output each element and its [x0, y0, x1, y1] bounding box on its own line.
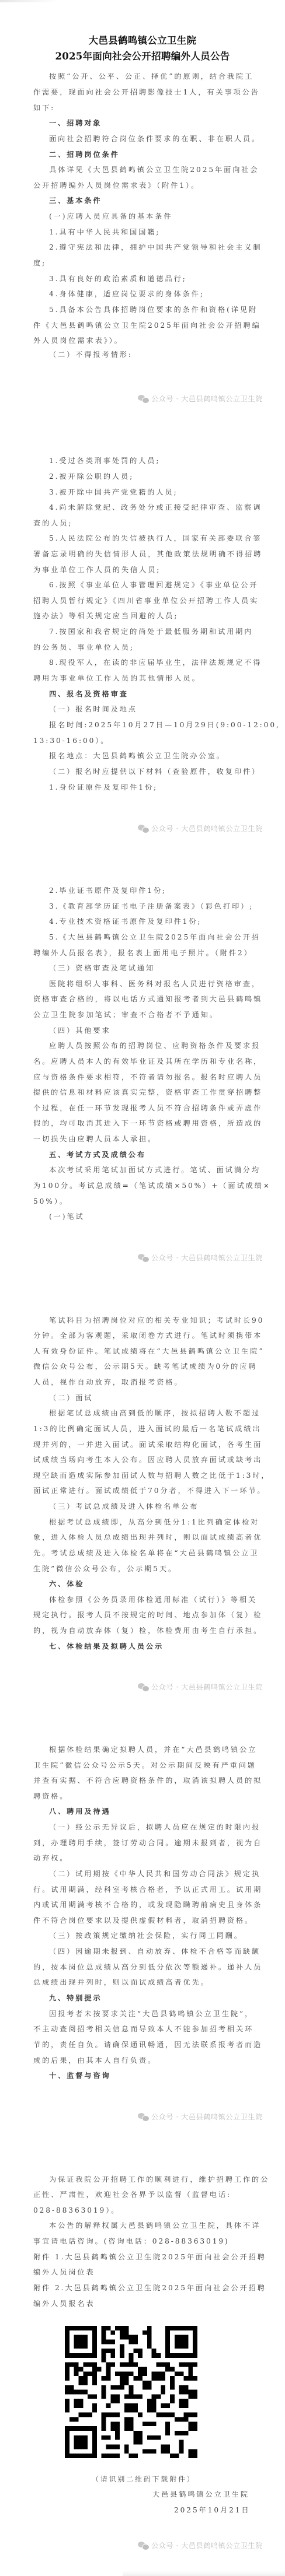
- wechat-watermark: 公众号 · 大邑县鹤鸣镇公立卫生院: [138, 1682, 263, 1692]
- section-heading: 六、体检: [49, 1579, 84, 1589]
- text-line: 4.尚未解除党纪、政务处分或正接受纪律审查、监察调: [49, 502, 262, 512]
- text-line: 如下:: [33, 103, 55, 113]
- text-line: 6.按照《事业单位人事管理回避规定》《事业单位公开: [49, 580, 258, 590]
- watermark-text: 公众号 · 大邑县鹤鸣镇公立卫生院: [151, 1683, 263, 1691]
- wechat-icon: [138, 2542, 149, 2549]
- watermark-text: 公众号 · 大邑县鹤鸣镇公立卫生院: [151, 395, 263, 403]
- text-line: 报名地点：大邑县鹤鸣镇公立卫生院办公室。: [49, 751, 225, 760]
- wechat-icon: [138, 1683, 149, 1691]
- qr-code-image[interactable]: [65, 2326, 197, 2458]
- wechat-watermark: 公众号 · 大邑县鹤鸣镇公立卫生院: [138, 2540, 263, 2550]
- section-heading: 五、考试方式及成绩公布: [49, 1149, 146, 1159]
- text-line: 人有效身份证件。笔试成绩将在“大邑县鹤鸣镇公立卫生院”: [33, 1346, 264, 1356]
- top-edge-shadow: [0, 0, 58, 2]
- text-line: 卫生院”微信公众号公示5天。对公示期间反映有严重问题: [33, 1760, 256, 1770]
- text-line: 028-88363019）。: [33, 2205, 120, 2215]
- text-line: （四）因逾期未报到、自动放弃、体检不合格等而缺额: [49, 1946, 260, 1956]
- text-line: 总成绩出现并列时，则以面试成绩高者优先。: [33, 1977, 210, 1987]
- text-line: 体检参照《公务员录用体检通用标准（试行）》等相关: [49, 1594, 257, 1604]
- section-heading: 七、体检结果及拟聘人员公示: [49, 1641, 164, 1651]
- text-line: 面试正常进行。面试成绩低于70分者，不得进入下一环节。: [33, 1485, 266, 1495]
- text-line: 因报考者未按要求关注“大邑县鹤鸣镇公立卫生院”，: [49, 2009, 253, 2018]
- text-line: 为事业单位工作人员的失信人员;: [33, 565, 161, 574]
- text-line: 应与资格条件要求相符，不符者请勿报名。报名时应聘人员: [33, 1072, 262, 1082]
- signature-organization: 大邑县鹤鸣镇公立卫生院: [152, 2489, 249, 2499]
- text-line: 现并列的，一并进入面试。面试采取结构化面试，各考生面: [33, 1439, 262, 1449]
- text-line: （二）试用期按《中华人民共和国劳动合同法》规定执: [49, 1869, 260, 1878]
- text-line: 编外人员岗位表: [33, 2267, 95, 2277]
- text-line: （三）资格审查及笔试通知: [49, 963, 155, 973]
- text-line: 2.被开除公职的人员;: [49, 471, 134, 481]
- text-line: 象，进入体检人员总成绩出现并列时，则以面试成绩高者优: [33, 1532, 262, 1542]
- text-line: 聘用为事业单位工作人员的其他情形人员。: [33, 673, 201, 683]
- text-line: 内或试用期满考核不合格的，或发现隐瞒聘前病史且身体条: [33, 1899, 262, 1909]
- watermark-text: 公众号 · 大邑县鹤鸣镇公立卫生院: [151, 1254, 263, 1262]
- text-line: 5.人民法院公布的失信被执行人，国家有关部委联合签: [49, 533, 262, 543]
- wechat-watermark: 公众号 · 大邑县鹤鸣镇公立卫生院: [138, 1253, 263, 1263]
- text-line: 5.具备本公告具体招聘岗位要求的条件和资格(详见附: [49, 304, 258, 314]
- text-line: 的，视为自动放弃体（复）检，体检费用由考生自行承担。: [33, 1625, 262, 1635]
- text-line: （一）经公示无异议后，拟聘人员应在规定的时限内报: [49, 1822, 260, 1832]
- watermark-text: 公众号 · 大邑县鹤鸣镇公立卫生院: [151, 2542, 263, 2550]
- text-line: 公立卫生院参加笔试；审查不合格者不予通知。: [33, 1010, 218, 1019]
- text-line: 的公务员、事业单位人员;: [33, 642, 134, 652]
- text-line: 为保证我院公开招聘工作的顺利进行，维护招聘工作的公: [49, 2174, 269, 2184]
- wechat-watermark: 公众号 · 大邑县鹤鸣镇公立卫生院: [138, 2112, 263, 2122]
- text-line: 3.被开除中国共产党党籍的人员;: [49, 487, 178, 497]
- text-line: 查的人员;: [33, 518, 72, 528]
- wechat-icon: [138, 1254, 149, 1261]
- text-line: 根据体检结果确定拟聘人员，并在“大邑县鹤鸣镇公立: [49, 1744, 257, 1754]
- text-line: 聘编外人员报名表》，报名表上面用电子照片。（附件2）: [33, 948, 253, 958]
- text-line: 公开招聘编外人员岗位需求表》（附件1）。: [33, 180, 200, 190]
- text-line: 笔试科目为招聘岗位对应的相关专业知识；考试时长90: [49, 1315, 264, 1325]
- text-line: 度;: [33, 258, 46, 268]
- wechat-watermark: 公众号 · 大邑县鹤鸣镇公立卫生院: [138, 394, 263, 404]
- wechat-icon: [138, 2113, 149, 2121]
- text-line: 4.专业技术资格证书原件及复印件1份;: [49, 916, 201, 926]
- text-line: 不主动查阅招考相关信息而导致本人不能参加招考相关环: [33, 2024, 253, 2034]
- text-line: 生院”微信公众号公布，公示期5天。: [33, 1564, 177, 1573]
- qr-caption: （请识别二维码下载附件）: [92, 2474, 196, 2484]
- text-line: 并查有实据、不符合应聘资格条件的，取消该拟聘人员的拟: [33, 1775, 262, 1785]
- text-line: 1:3的比例确定面试人员，进入面试的最后一名笔试成绩出: [33, 1424, 261, 1434]
- section-heading: 四、报名及资格审查: [49, 689, 128, 699]
- watermark-text: 公众号 · 大邑县鹤鸣镇公立卫生院: [151, 2113, 263, 2121]
- text-line: 先。考试总成绩及进入体检名单将在“大邑县鹤鸣镇公立卫: [33, 1548, 259, 1558]
- text-line: 应聘人员按照公布的招聘岗位、应聘资格条件及要求报: [49, 1040, 260, 1050]
- text-line: 2.毕业证书原件及复印件1份;: [49, 885, 166, 895]
- text-line: （二）报名时应提供以下材料（查验原件，收复印件）: [49, 766, 260, 776]
- text-line: 1.受过各类刑事处罚的人员;: [49, 455, 160, 465]
- text-line: 聘资格。: [33, 1791, 68, 1801]
- text-line: 面向社会招聘符合岗位条件要求的在职、非在职人员。: [49, 134, 260, 143]
- text-line: 8.现役军人，在读的非应届毕业生，法律法规规定不得: [49, 657, 262, 667]
- text-line: 到，办理聘用手续，签订劳动合同。逾期未报到者，视为自: [33, 1838, 262, 1848]
- text-line: 个过程，在任一环节发现报考人员不符合招聘条件或弄虚作: [33, 1103, 262, 1113]
- text-line: （二）不得报考情形:: [49, 349, 133, 359]
- wechat-watermark: 公众号 · 大邑县鹤鸣镇公立卫生院: [138, 823, 263, 833]
- document-title-line1: 大邑县鹤鸣镇公立卫生院: [0, 33, 285, 47]
- text-line: （二）面试: [49, 1393, 93, 1403]
- wechat-icon: [138, 825, 149, 832]
- text-line: （三）按政策规定缴纳社会保险，实行同工同酬。: [49, 1930, 243, 1940]
- text-line: 一切损失由应聘人员本人承担。: [33, 1134, 157, 1144]
- text-line: 3.《教育部学历证书电子注册备案表》（彩色打印）;: [49, 901, 253, 911]
- text-line: 报名时间:2025年10月27日—10月29日(9:00-12:00,: [49, 720, 280, 730]
- text-line: 1.具有中华人民共和国国籍;: [49, 227, 160, 237]
- section-heading: 三、基本条件: [49, 195, 102, 205]
- text-line: 医院将组织人事科、医务科对报名人员进行资格审查，: [49, 979, 260, 989]
- bottom-edge-shadow: [123, 2571, 285, 2576]
- text-line: 成的后果，由其本人自行负责。: [33, 2055, 157, 2065]
- text-line: 附件 2.大邑县鹤鸣镇公立卫生院2025年面向社会公开招聘: [33, 2283, 266, 2293]
- text-line: 按照“公开、公平、公正、择优”的原则，结合我院工: [49, 71, 253, 81]
- text-line: 外人员岗位需求表》）。: [33, 335, 123, 345]
- text-line: 本次考试采用笔试加面试方式进行。笔试、面试满分均: [49, 1165, 260, 1175]
- text-line: 本公告的解释权属大邑县鹤鸣镇公立卫生院，具体不详: [49, 2220, 260, 2230]
- text-line: 提供的信息和材料应该真实完整，资格审查工作贯穿招聘整: [33, 1087, 262, 1097]
- text-line: 行。试用期满，经科室考核合格者，予以正式用工。试用期: [33, 1884, 262, 1894]
- text-line: 附件 1.大邑县鹤鸣镇公立卫生院2025年面向社会公开招聘: [33, 2252, 266, 2262]
- section-heading: 二、招聘岗位条件: [49, 149, 120, 159]
- text-line: 署备忘录明确的失信情形人员，其他政策法规明确不得招聘: [33, 549, 262, 559]
- watermark-text: 公众号 · 大邑县鹤鸣镇公立卫生院: [151, 825, 263, 833]
- text-line: 件《大邑县鹤鸣镇公立卫生院2025年面向社会公开招聘编: [33, 320, 261, 330]
- text-line: 事宜请电话咨询。(咨询电话：028-88363019): [33, 2236, 230, 2246]
- text-line: 编外人员报名表: [33, 2298, 95, 2308]
- text-line: 5.《大邑县鹤鸣镇公立卫生院2025年面向社会公开招: [49, 932, 260, 942]
- text-line: 规定执行。报考人员不按规定的时间、地点参加体（复）检: [33, 1610, 262, 1620]
- text-line: 名。应聘人员本人的有效毕业证及其所在学历和专业名称，: [33, 1056, 262, 1066]
- text-line: 7.按国家和我省规定的尚处于最低服务期和试用期内: [49, 626, 253, 636]
- text-line: 件不符合岗位要求以及提供虚假材料者，取消招聘资格。: [33, 1915, 253, 1925]
- section-heading: 八、聘用及待遇: [49, 1806, 111, 1816]
- text-line: (一)应聘人员应具备的基本条件: [49, 211, 172, 221]
- text-line: 招聘人员暂行规定》《四川省事业单位公开招聘工作人员实: [33, 595, 259, 605]
- text-line: 现空缺而造成实际参加面试人数与招聘人数之比低于1:3时，: [33, 1470, 270, 1480]
- section-heading: 十、监督与咨询: [49, 2070, 111, 2080]
- text-line: 微信公众号公布，公示期5天。缺考笔试成绩为0分的应聘: [33, 1361, 257, 1371]
- section-heading: 一、招聘对象: [49, 118, 102, 128]
- text-line: 正性、严肃性，欢迎社会各界予以监督（监督电话:: [33, 2189, 231, 2199]
- text-line: 2.遵守宪法和法律，拥护中国共产党领导和社会主义制: [49, 242, 262, 252]
- text-line: 4.身体健康，适应岗位要求的身体条件;: [49, 289, 204, 299]
- signature-date: 2025年10月21日: [174, 2505, 251, 2515]
- text-line: 施办法》等相关规定应当回避的人员;: [33, 611, 178, 621]
- text-line: 分钟。全部为客观题，采取闭卷方式进行。笔试时须携带本: [33, 1330, 262, 1340]
- section-heading: 九、特别提示: [49, 1993, 102, 2003]
- text-line: 资格审查合格的，将以电话方式通知报考者到大邑县鹤鸣镇: [33, 994, 262, 1004]
- wechat-icon: [138, 395, 149, 402]
- text-line: 3.具有良好的政治素质和道德品行;: [49, 274, 187, 283]
- text-line: 作需要，现面向社会公开招聘影像技士1人，有关事项公告: [33, 87, 260, 97]
- text-line: 具体详见《大邑县鹤鸣镇公立卫生院2025年面向社会: [49, 164, 259, 174]
- text-line: 13:30-16:00）。: [33, 735, 109, 745]
- text-line: (一)笔试: [49, 1211, 85, 1221]
- text-line: （四）其他要求: [49, 1025, 111, 1035]
- text-line: 假的，均可取消其进入下一环节资格或聘用资格，所造成的: [33, 1118, 262, 1128]
- text-line: 节的，责任自负。请确保通讯畅通，因无法联系报考者而造: [33, 2039, 262, 2049]
- text-line: 1.身份证原件及复印件1份;: [49, 782, 158, 792]
- document-title-line2: 2025年面向社会公开招聘编外人员公告: [0, 48, 285, 62]
- text-line: 根据笔试总成绩由高到低的顺序，按拟招聘人数不超过: [49, 1408, 260, 1418]
- text-line: 的，按本岗位总成绩从高分到低分依次等额递补。递补人员: [33, 1962, 262, 1972]
- text-line: 动弃权。: [33, 1853, 68, 1863]
- text-line: 根据考试总成绩即，从高分到低分1:1比列确定体检对: [49, 1517, 259, 1527]
- text-line: （三）考试总成绩及进入体检名单公布: [49, 1501, 199, 1511]
- text-line: 试成绩当场向考生本人公布。因应聘人员放弃面试或缺考出: [33, 1455, 262, 1464]
- text-line: 50%）。: [33, 1196, 68, 1206]
- text-line: （一）报名时间及地点: [49, 704, 137, 714]
- text-line: 为100分。考试总成绩=（笔试成绩×50%）+（面试成绩×: [33, 1180, 271, 1190]
- text-line: 人员，视作自动放弃，取消报考资格。: [33, 1377, 183, 1387]
